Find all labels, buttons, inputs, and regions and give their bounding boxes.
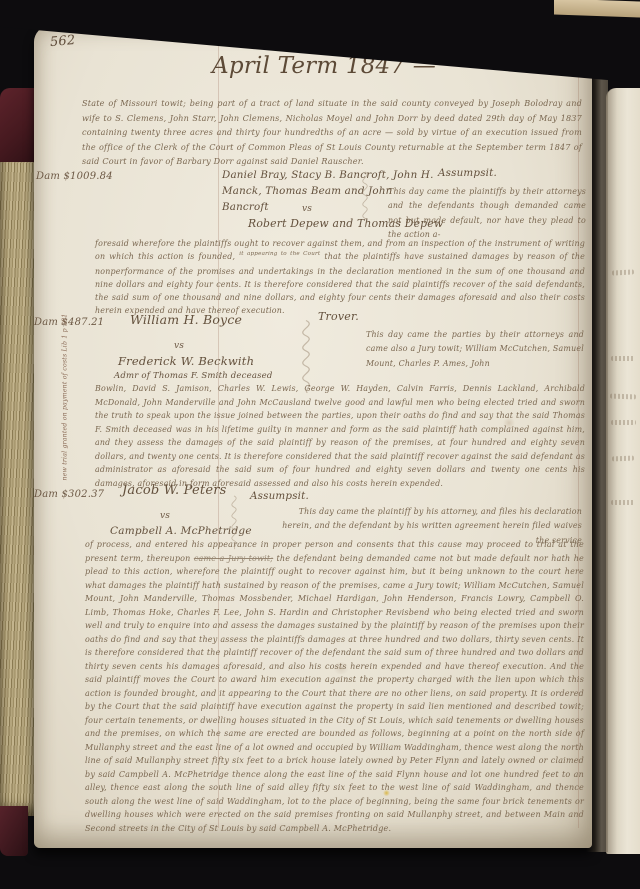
facing-page-text-fragment: [612, 269, 634, 275]
versus-abbreviation: vs: [160, 511, 170, 521]
versus-abbreviation: vs: [174, 341, 184, 351]
struck-through-text: came a Jury towit;: [194, 554, 273, 563]
judgment-body: foresaid wherefore the plaintiffs ought …: [95, 237, 585, 318]
land-description-paragraph: State of Missouri towit; being part of a…: [82, 96, 582, 169]
facing-page-text-fragment: [611, 500, 635, 505]
ledger-page: 562 April Term 1847 — State of Missouri …: [34, 26, 592, 848]
versus-abbreviation: vs: [302, 204, 312, 214]
damages-margin-note: Dam $1009.84: [36, 171, 113, 182]
action-type-label: Assumpsit.: [250, 490, 309, 502]
facing-page-text-fragment: [611, 356, 635, 361]
action-type-label: Assumpsit.: [438, 167, 497, 179]
case-plaintiffs: Jacob W. Peters: [122, 483, 227, 498]
page-number: 562: [49, 33, 76, 50]
facing-page-sliver: [606, 88, 640, 854]
judgment-opening: This day came the plaintiffs by their at…: [388, 185, 586, 243]
case-plaintiffs: William H. Boyce: [130, 312, 242, 327]
damages-margin-note: Dam $302.37: [34, 489, 104, 500]
facing-page-text-fragment: [610, 394, 636, 400]
adjacent-book-edge-strip: [554, 0, 640, 18]
damages-margin-note: Dam $487.21: [34, 317, 104, 328]
photograph-background: 562 April Term 1847 — State of Missouri …: [0, 0, 640, 889]
case-defendants: Frederick W. Beckwith: [118, 354, 254, 368]
defendant-title: Admr of Thomas F. Smith deceased: [114, 371, 273, 381]
body-text-segment: that the plaintiffs have sustained damag…: [95, 252, 585, 315]
new-trial-margin-note: new trial granted on payment of costs Li…: [62, 331, 69, 481]
judgment-body: Bowlin, David S. Jamison, Charles W. Lew…: [95, 382, 585, 490]
body-text-segment: the defendant being demanded came not bu…: [85, 554, 584, 833]
judgment-opening: This day came the parties by their attor…: [366, 328, 584, 371]
judgment-body: of process, and entered his appearance i…: [85, 538, 584, 835]
facing-page-text-fragment: [612, 456, 634, 462]
book-cover-corner-bottom: [0, 806, 28, 856]
flourish-coil-icon: [352, 170, 378, 228]
action-type-label: Trover.: [318, 310, 359, 323]
interlined-insertion: it appearing to the Court: [239, 251, 320, 257]
facing-page-text-fragment: [611, 420, 636, 425]
